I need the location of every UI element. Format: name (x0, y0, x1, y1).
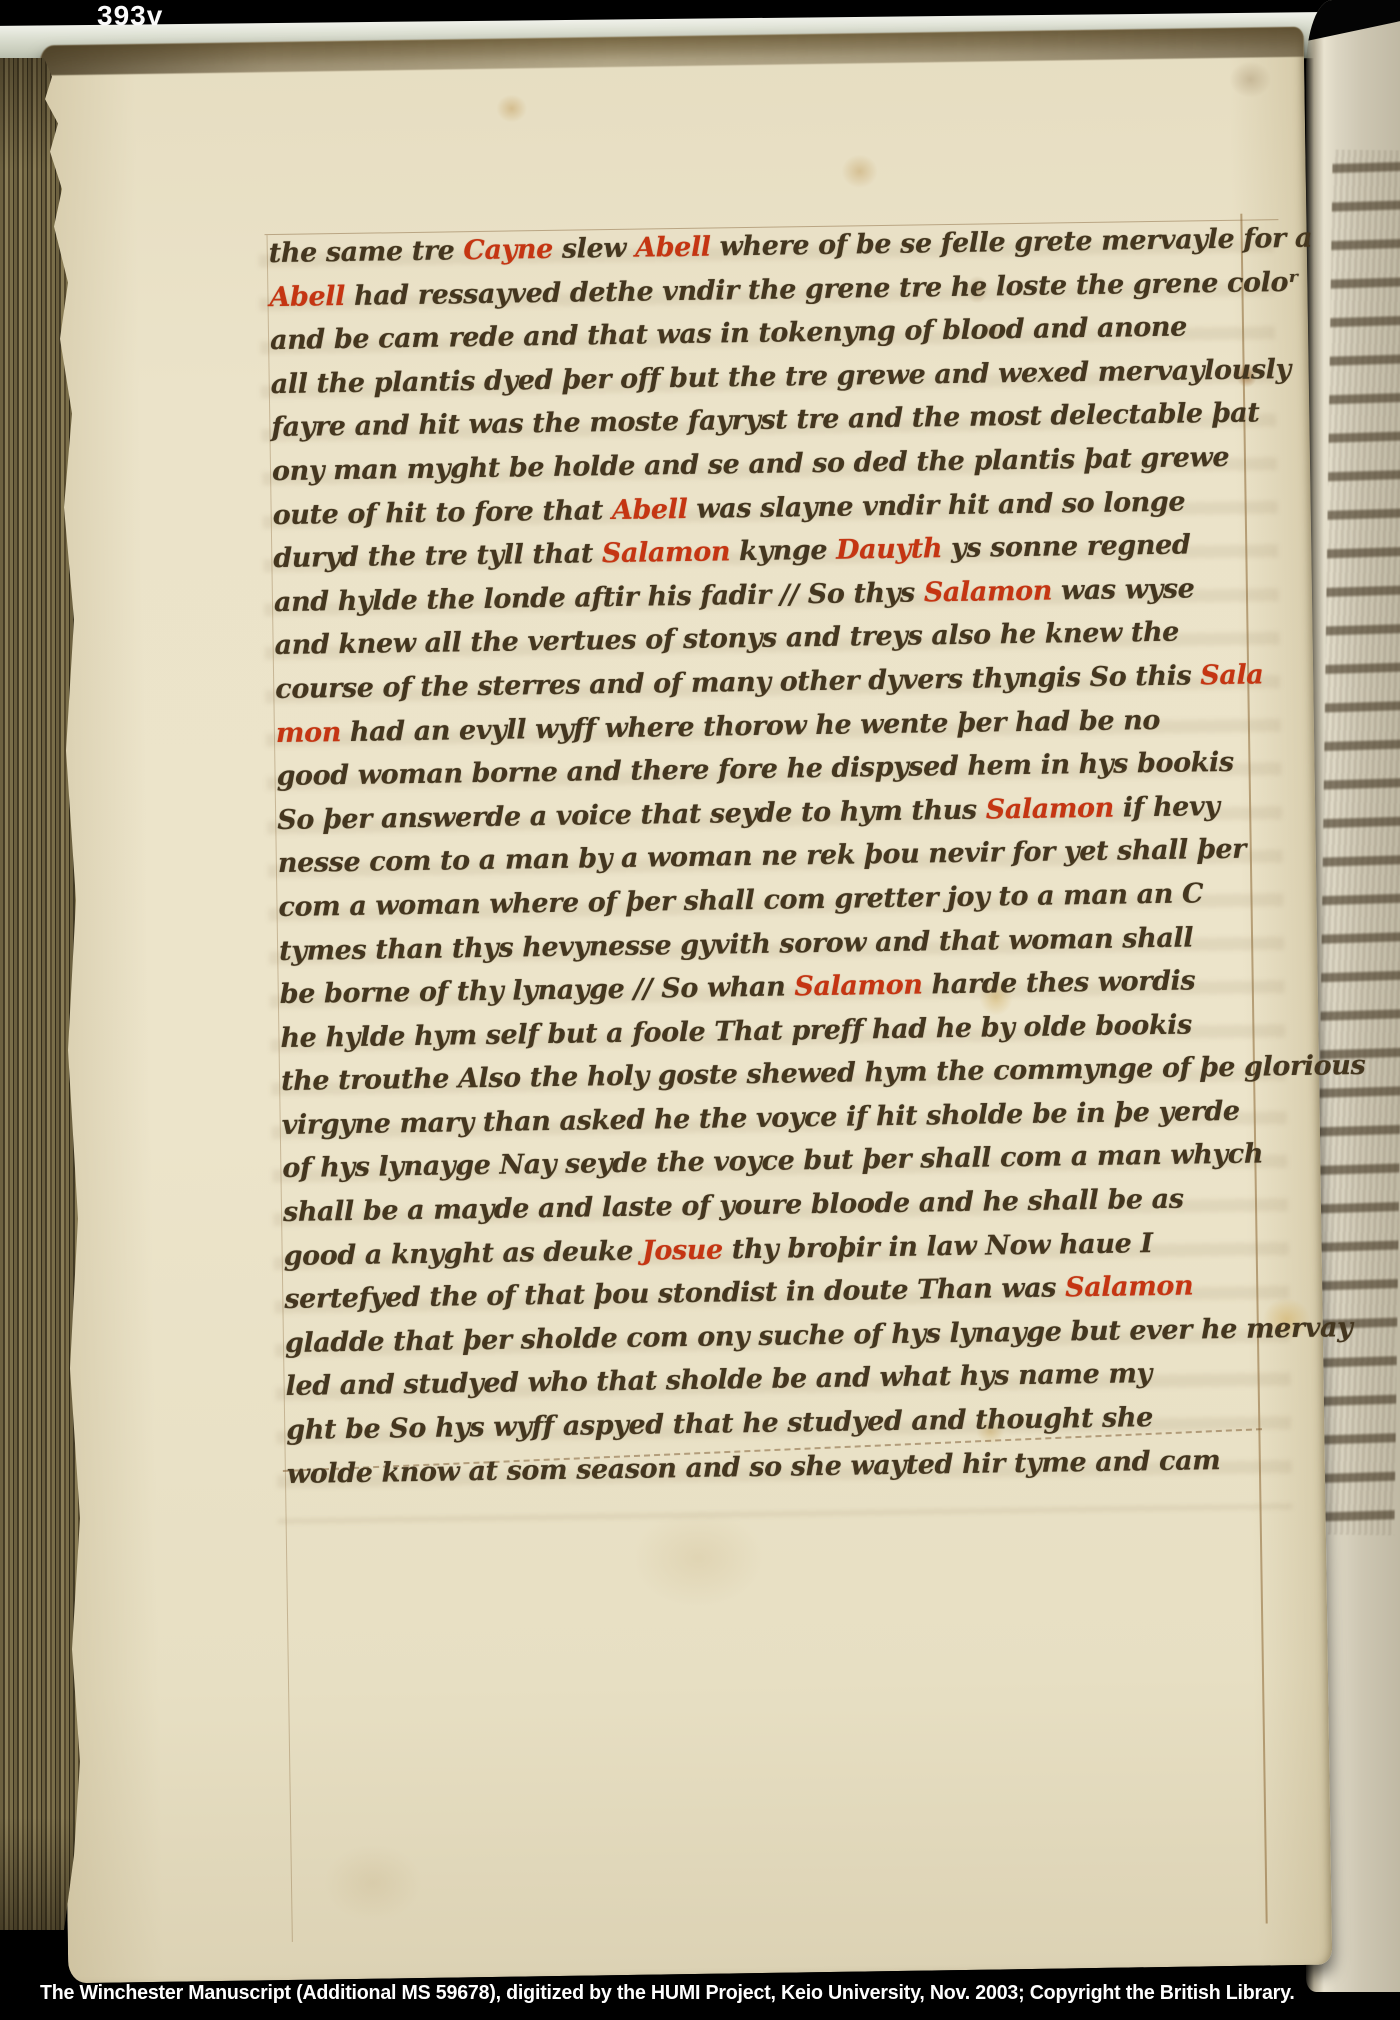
ink-text: good a knyght as deuke (283, 1235, 642, 1271)
ink-text: be borne of thy lynayge // So whan (280, 971, 795, 1010)
shadow-wedge (1306, 0, 1400, 42)
rubricated-word: Salamon (986, 792, 1115, 825)
ink-text: ony man myght be holde and se and so ded… (272, 442, 1230, 487)
ink-text: duryd the tre tyll that (273, 538, 602, 574)
ink-text: harde thes wordis (922, 966, 1195, 1001)
rubricated-word: Cayne (463, 234, 553, 266)
ink-text: and knew all the vertues of stonys and t… (274, 617, 1179, 661)
rubricated-word: Dauyth (836, 533, 942, 566)
ink-text: had an evyll wyff where thorow he wente … (341, 704, 1160, 747)
ink-text: if hevy (1114, 791, 1220, 824)
manuscript-page: the same tre Cayne slew Abell where of b… (40, 27, 1333, 1984)
rubricated-word: Salamon (1065, 1271, 1194, 1304)
rubricated-word: mon (276, 717, 341, 749)
ink-text: thy broþir in law Now haue I (723, 1228, 1153, 1265)
ink-text: sertefyed the of that þou stondist in do… (284, 1273, 1065, 1316)
ink-text: good woman borne and there fore he dispy… (276, 747, 1234, 792)
ink-text: kynge (730, 535, 837, 568)
ink-text: tymes than thys hevynesse gyvith sorow a… (279, 922, 1193, 967)
ink-text: of hys lynayge Nay seyde the voyce but þ… (282, 1139, 1263, 1185)
rubricated-word: Salamon (794, 970, 923, 1003)
ink-text: So þer answerde a voice that seyde to hy… (277, 794, 986, 836)
ink-text: oute of hit to fore that (272, 495, 612, 531)
ink-text: wolde know at som season and so she wayt… (287, 1445, 1221, 1490)
rubricated-word: Sala (1200, 659, 1264, 691)
ink-text: nesse com to a man by a woman ne rek þou… (278, 834, 1247, 879)
rubricated-word: Abell (635, 232, 711, 264)
ink-text: slew (553, 233, 636, 265)
manuscript-text-block: the same tre Cayne slew Abell where of b… (268, 217, 1282, 1496)
ink-text: shall be a mayde and laste of youre bloo… (283, 1184, 1184, 1228)
ink-text: com a woman where of þer shall com grett… (278, 878, 1203, 923)
ink-text: was slayne vndir hit and so longe (687, 486, 1185, 524)
ink-text: virgyne mary than asked he the voyce if … (282, 1096, 1240, 1141)
ink-text: and be cam rede and that was in tokenyng… (270, 312, 1187, 357)
rubricated-word: Salamon (924, 575, 1053, 608)
ink-text: course of the sterres and of many other … (275, 660, 1200, 705)
ink-text: ght be So hys wyff aspyed that he studye… (286, 1402, 1153, 1446)
manuscript-photo-stage: 393v the same tre Cayne slew Abell where… (0, 0, 1400, 2020)
ink-text: led and studyed who that sholde be and w… (285, 1359, 1152, 1403)
ink-text: he hylde hym self but a foole That preff… (280, 1009, 1192, 1054)
rubricated-word: Salamon (602, 536, 731, 569)
ink-text: had ressayved dethe vndir the grene tre … (345, 266, 1299, 311)
ink-text: and hylde the londe aftir his fadir // S… (274, 577, 924, 618)
image-caption: The Winchester Manuscript (Additional MS… (40, 1982, 1295, 2005)
ink-text: ys sonne regned (942, 530, 1191, 565)
folio-number-label: 393v (97, 0, 163, 32)
ink-text: where of be se felle grete mervayle for … (710, 223, 1312, 263)
rubricated-word: Abell (612, 493, 688, 525)
rubricated-word: Josue (642, 1234, 723, 1266)
rubricated-word: Abell (269, 281, 345, 313)
ink-text: the same tre (269, 235, 464, 269)
ink-text: was wyse (1052, 573, 1195, 606)
